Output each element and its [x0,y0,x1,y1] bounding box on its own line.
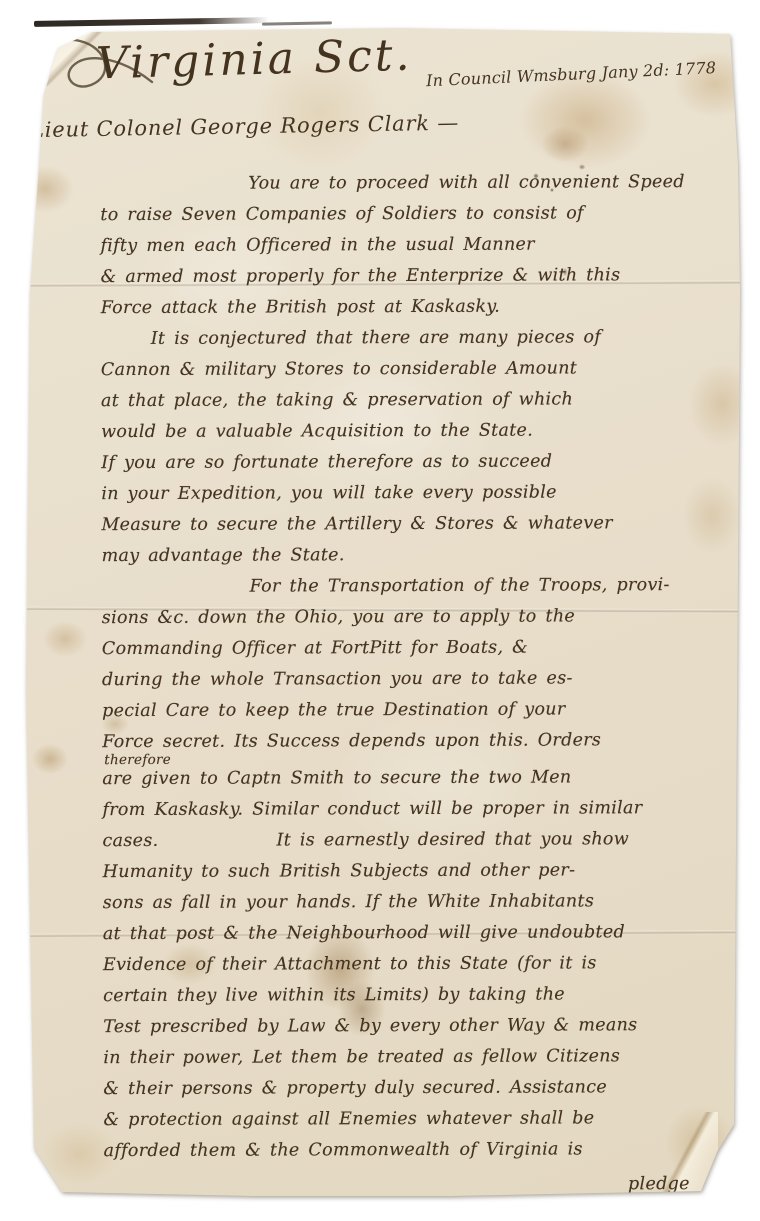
manuscript-line: Evidence of their Attachment to this Sta… [103,948,735,981]
paragraphs-mount: You are to proceed with all convenient S… [100,167,735,1167]
manuscript-line: may advantage the State. [101,539,733,572]
manuscript-line: pecial Care to keep the true Destination… [102,694,734,727]
manuscript-line: sions &c. down the Ohio, you are to appl… [102,601,734,634]
line-segment-left: cases. [102,826,158,857]
manuscript-line: are given to Captn Smith to secure the t… [102,762,734,795]
manuscript-line: from Kaskasky. Similar conduct will be p… [102,793,734,826]
manuscript-line: Measure to secure the Artillery & Stores… [101,508,733,541]
manuscript-line: in their power, Let them be treated as f… [103,1041,735,1074]
manuscript-line: & their persons & property duly secured.… [103,1072,735,1105]
line-segment-right: It is earnestly desired that you show [276,824,629,856]
manuscript-line: & armed most properly for the Enterprize… [101,260,733,293]
manuscript-line: at that post & the Neighbourhood will gi… [103,917,735,950]
manuscript-line: to raise Seven Companies of Soldiers to … [100,198,732,231]
paper-sheet-wrapper: Virginia Sct. In Council Wmsburg Jany 2d… [20,24,740,1196]
manuscript-line: For the Transportation of the Troops, pr… [102,570,734,603]
manuscript-line: Test prescribed by Law & by every other … [103,1010,735,1043]
addressee-line: Lieut Colonel George Rogers Clark — [30,110,500,142]
manuscript-line: Humanity to such British Subjects and ot… [103,855,735,888]
manuscript-line: fifty men each Officered in the usual Ma… [100,229,732,262]
manuscript-line: in your Expedition, you will take every … [101,477,733,510]
manuscript-line: If you are so fortunate therefore as to … [101,446,733,479]
manuscript-line: afforded them & the Commonwealth of Virg… [104,1134,736,1167]
manuscript-line: during the whole Transaction you are to … [102,663,734,696]
manuscript-line: cases.It is earnestly desired that you s… [102,824,734,857]
dateline: In Council Wmsburg Jany 2d: 1778 [426,57,747,90]
manuscript-line: certain they live within its Limits) by … [103,979,735,1012]
manuscript-line: Cannon & military Stores to considerable… [101,353,733,386]
manuscript-line: Force attack the British post at Kaskask… [101,291,733,324]
manuscript-line: Commanding Officer at FortPitt for Boats… [102,632,734,665]
catchword: pledge [104,1169,736,1202]
manuscript-body: You are to proceed with all convenient S… [100,167,736,1202]
manuscript-line: at that place, the taking & preservation… [101,384,733,417]
document-heading: Virginia Sct. [95,30,413,90]
manuscript-line: & protection against all Enemies whateve… [103,1103,735,1136]
manuscript-line: sons as fall in your hands. If the White… [103,886,735,919]
manuscript-line: You are to proceed with all convenient S… [100,167,732,200]
scanned-manuscript-page: { "letter": { "heading": "Virginia Sct."… [0,0,760,1221]
aged-paper-sheet: Virginia Sct. In Council Wmsburg Jany 2d… [20,24,740,1196]
manuscript-line: would be a valuable Acquisition to the S… [101,415,733,448]
manuscript-line: It is conjectured that there are many pi… [101,322,733,355]
